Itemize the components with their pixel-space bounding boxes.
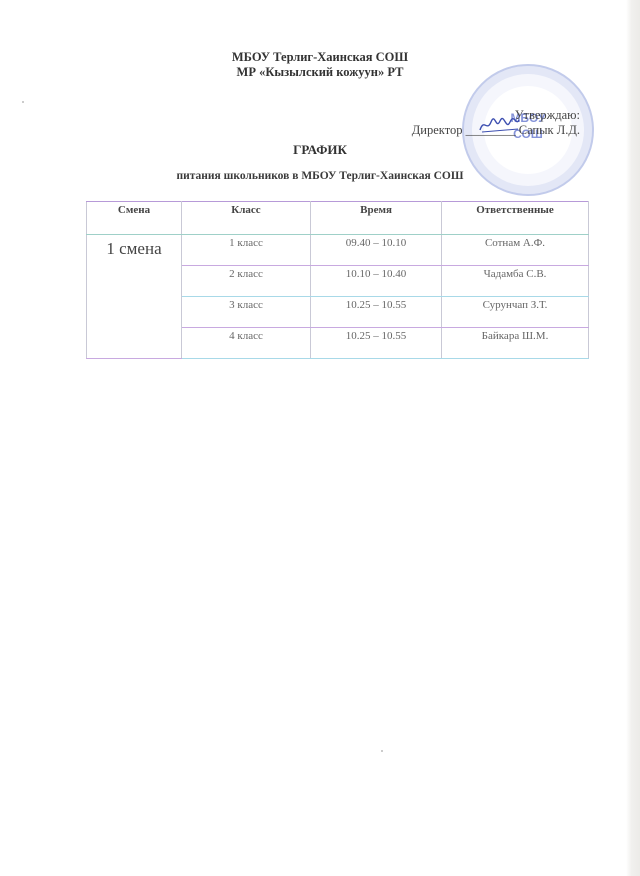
meal-schedule-table: Смена Класс Время Ответственные 1 смена … — [86, 201, 589, 359]
responsible-cell: Чадамба С.В. — [442, 266, 589, 297]
time-cell: 10.10 – 10.40 — [311, 266, 442, 297]
scan-speck — [381, 750, 383, 752]
header-shift: Смена — [87, 202, 182, 235]
time-cell: 10.25 – 10.55 — [311, 297, 442, 328]
responsible-cell: Сурунчап З.Т. — [442, 297, 589, 328]
school-name: МБОУ Терлиг-Хаинская СОШ — [0, 50, 640, 65]
header-class: Класс — [182, 202, 311, 235]
class-cell: 3 класс — [182, 297, 311, 328]
signature-icon — [478, 116, 520, 134]
header-time: Время — [311, 202, 442, 235]
time-cell: 10.25 – 10.55 — [311, 328, 442, 359]
page-subtitle: питания школьников в МБОУ Терлиг-Хаинска… — [0, 170, 640, 182]
shift-cell: 1 смена — [87, 235, 182, 359]
page-title: ГРАФИК — [0, 142, 640, 158]
table-header-row: Смена Класс Время Ответственные — [87, 202, 589, 235]
responsible-cell: Байкара Ш.М. — [442, 328, 589, 359]
scan-speck — [22, 101, 24, 103]
class-cell: 4 класс — [182, 328, 311, 359]
table-row: 1 смена 1 класс 09.40 – 10.10 Сотнам А.Ф… — [87, 235, 589, 266]
class-cell: 1 класс — [182, 235, 311, 266]
class-cell: 2 класс — [182, 266, 311, 297]
time-cell: 09.40 – 10.10 — [311, 235, 442, 266]
responsible-cell: Сотнам А.Ф. — [442, 235, 589, 266]
page-edge-shadow — [626, 0, 640, 876]
header-responsible: Ответственные — [442, 202, 589, 235]
